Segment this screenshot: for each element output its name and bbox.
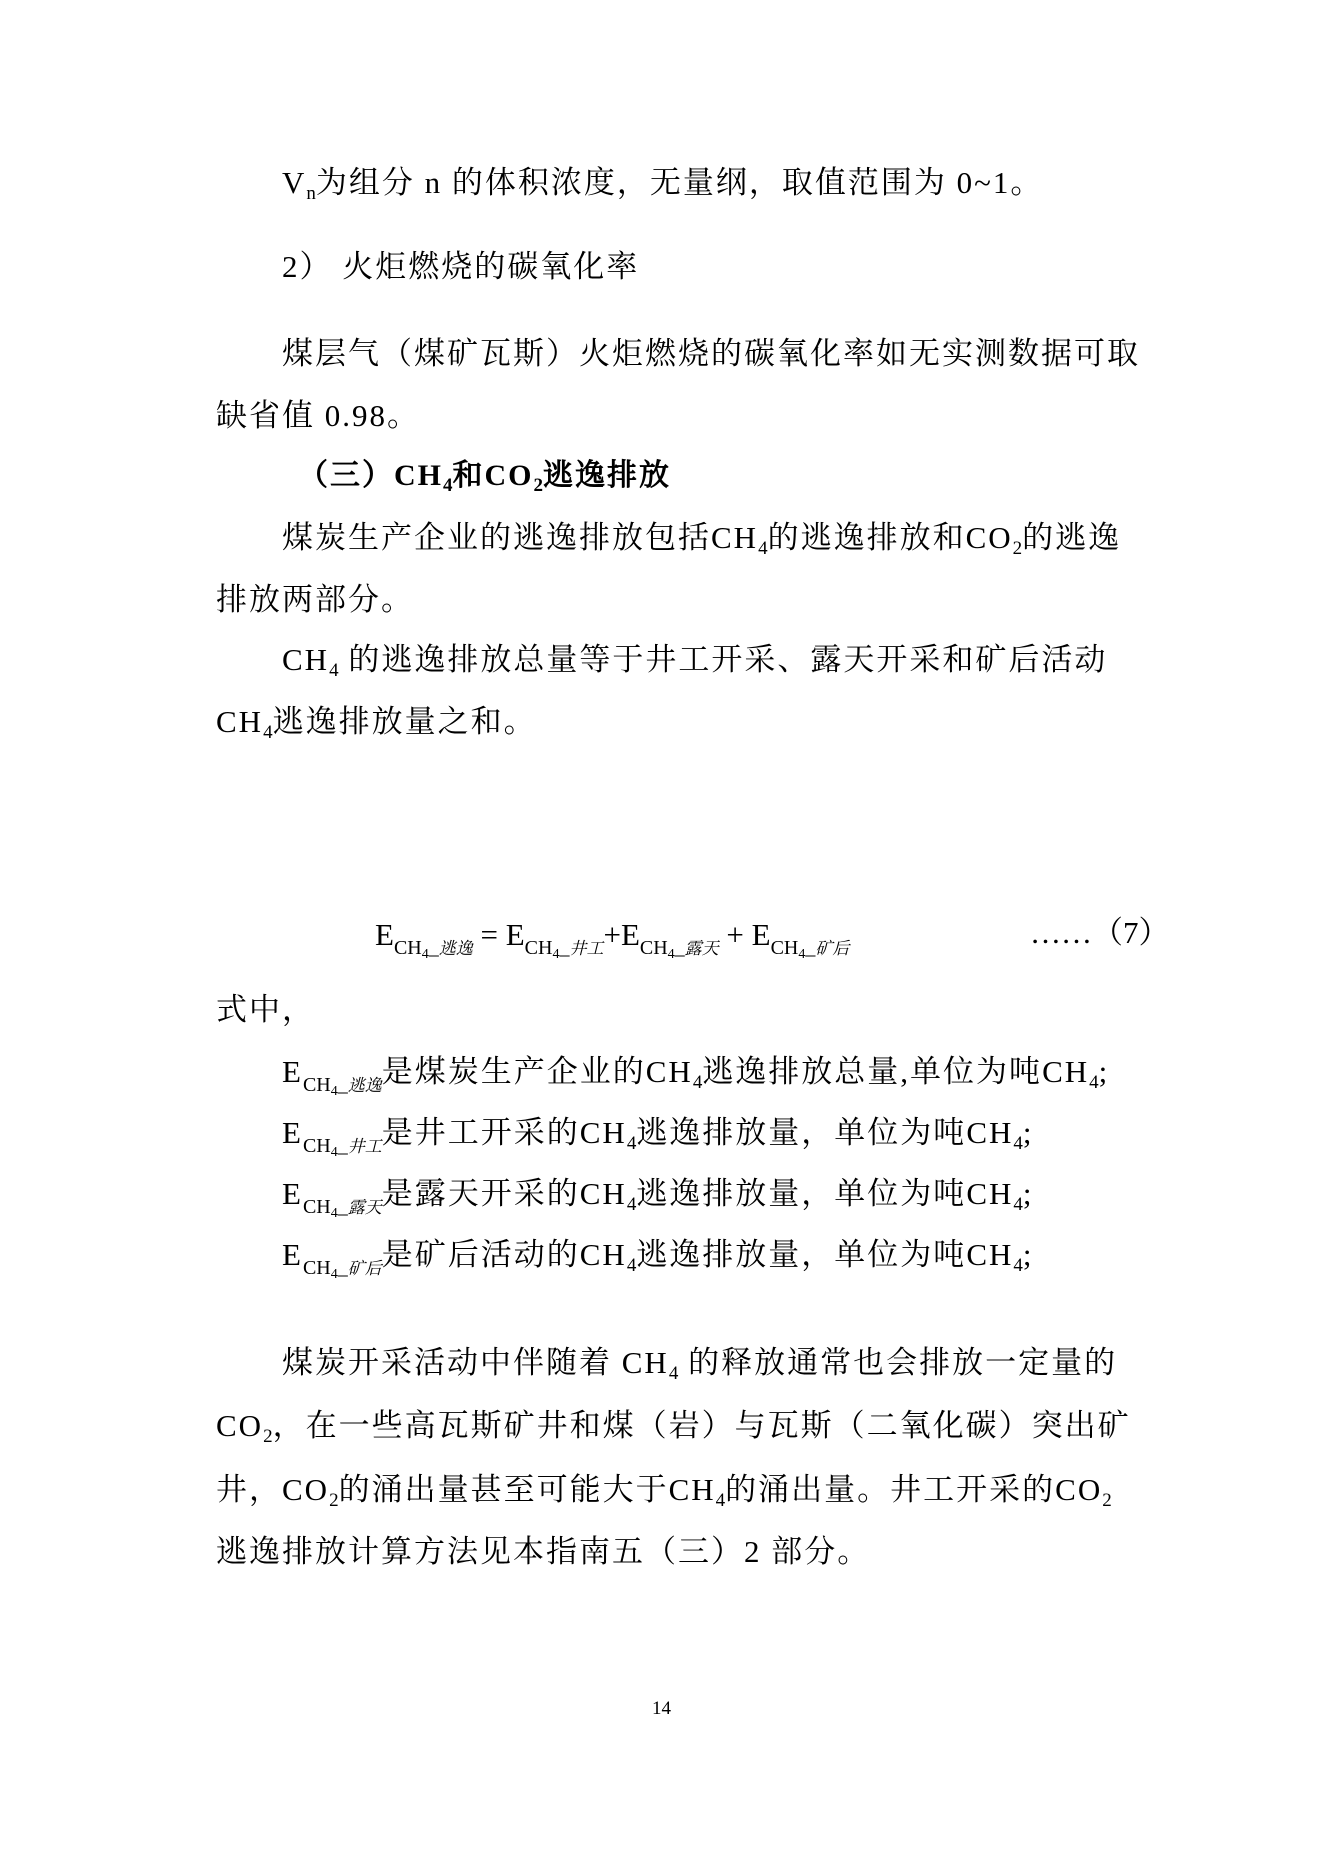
def-symbol-e: E	[282, 1176, 303, 1211]
chem-ch-sub: 4	[329, 660, 339, 681]
def-symbol-e: E	[282, 1237, 303, 1272]
chem-ch: CH	[669, 1472, 716, 1507]
chem-ch-sub: 4	[627, 1194, 637, 1215]
def-text: 逃逸排放总量,单位为吨	[702, 1054, 1042, 1089]
chem-ch-sub: 4	[716, 1490, 726, 1511]
def-text: 是矿后活动的	[382, 1237, 580, 1272]
def-symbol-e: E	[282, 1115, 303, 1150]
equation-7: ECH4_逃逸 = ECH4_井工+ECH4_露天 + ECH4_矿后	[375, 915, 849, 975]
paragraph-ch4-total-line2: CH4逃逸排放量之和。	[216, 702, 537, 753]
def-end: ;	[1023, 1176, 1034, 1211]
document-page: Vn为组分 n 的体积浓度，无量纲，取值范围为 0~1。 2） 火炬燃烧的碳氧化…	[0, 0, 1323, 1871]
text: 的逃逸排放和	[768, 520, 966, 555]
definition-open-pit: ECH4_露天是露天开采的CH4逃逸排放量，单位为吨CH4;	[282, 1174, 1034, 1234]
eq-symbol-e: E	[752, 917, 771, 952]
heading-co: CO	[485, 459, 534, 492]
text: 的涌出量甚至可能大于	[339, 1472, 669, 1507]
chem-ch-sub: 4	[693, 1072, 703, 1093]
eq-lhs-subscript: CH4_逃逸	[394, 937, 473, 959]
chem-ch: CH	[966, 1115, 1013, 1150]
definition-underground: ECH4_井工是井工开采的CH4逃逸排放量，单位为吨CH4;	[282, 1113, 1034, 1173]
heading-co-sub: 2	[534, 475, 544, 496]
heading-suffix: 逃逸排放	[543, 459, 671, 492]
paragraph-oxidation-line1: 煤层气（煤矿瓦斯）火炬燃烧的碳氧化率如无实测数据可取	[282, 334, 1140, 374]
chem-ch: CH	[711, 520, 758, 555]
chem-co-sub: 2	[329, 1490, 339, 1511]
chem-ch: CH	[580, 1237, 627, 1272]
chem-ch: CH	[580, 1115, 627, 1150]
symbol-v-subscript: n	[306, 183, 316, 204]
chem-ch-sub: 4	[627, 1133, 637, 1154]
def-text: 逃逸排放量，单位为吨	[636, 1115, 966, 1150]
chem-ch: CH	[282, 642, 329, 677]
def-text: 是露天开采的	[382, 1176, 580, 1211]
chem-ch: CH	[966, 1237, 1013, 1272]
text: 逃逸排放量之和。	[273, 704, 537, 739]
eq-term1-subscript: CH4_井工	[525, 937, 604, 959]
definition-post-mining: ECH4_矿后是矿后活动的CH4逃逸排放量，单位为吨CH4;	[282, 1235, 1034, 1295]
chem-ch: CH	[646, 1054, 693, 1089]
def-subscript: CH4_逃逸	[303, 1074, 382, 1096]
equation-number: ……（7）	[1030, 913, 1170, 953]
paragraph-emissions-line2: 排放两部分。	[216, 580, 414, 620]
heading-ch-sub: 4	[443, 475, 453, 496]
chem-ch-sub: 4	[1013, 1133, 1023, 1154]
chem-co: CO	[216, 1408, 263, 1443]
def-subscript: CH4_矿后	[303, 1257, 382, 1279]
def-end: ;	[1023, 1115, 1034, 1150]
eq-term3-subscript: CH4_矿后	[771, 937, 850, 959]
chem-co: CO	[1055, 1472, 1102, 1507]
def-text: 逃逸排放量，单位为吨	[636, 1237, 966, 1272]
chem-ch-sub: 4	[1013, 1255, 1023, 1276]
paragraph-co2-line4: 逃逸排放计算方法见本指南五（三）2 部分。	[216, 1532, 870, 1572]
eq-term2-subscript: CH4_露天	[640, 937, 719, 959]
eq-equals: =	[473, 917, 506, 952]
text: 井，	[216, 1472, 282, 1507]
chem-co: CO	[966, 520, 1013, 555]
text: 煤炭生产企业的逃逸排放包括	[282, 520, 711, 555]
def-end: ;	[1023, 1237, 1034, 1272]
paragraph-ch4-total-line1: CH4 的逃逸排放总量等于井工开采、露天开采和矿后活动	[282, 640, 1107, 691]
def-symbol-e: E	[282, 1054, 303, 1089]
paragraph-co2-line3: 井，CO2的涌出量甚至可能大于CH4的涌出量。井工开采的CO2	[216, 1470, 1112, 1521]
chem-co-sub: 2	[263, 1426, 273, 1447]
def-text: 逃逸排放量，单位为吨	[636, 1176, 966, 1211]
chem-ch-sub: 4	[627, 1255, 637, 1276]
symbol-v: V	[282, 165, 306, 200]
eq-plus: +	[603, 917, 620, 952]
page-number: 14	[0, 1698, 1323, 1720]
heading-ch: CH	[394, 459, 443, 492]
eq-symbol-e: E	[506, 917, 525, 952]
chem-ch: CH	[966, 1176, 1013, 1211]
chem-ch-sub: 4	[1013, 1194, 1023, 1215]
subheading-flare-oxidation: 2） 火炬燃烧的碳氧化率	[282, 247, 639, 287]
chem-ch-sub: 4	[263, 722, 273, 743]
paragraph-vn-definition: Vn为组分 n 的体积浓度，无量纲，取值范围为 0~1。	[282, 163, 1043, 214]
def-subscript: CH4_井工	[303, 1135, 382, 1157]
chem-ch-sub: 4	[1089, 1072, 1099, 1093]
def-text: 是煤炭生产企业的	[382, 1054, 646, 1089]
text: 的逃逸排放总量等于井工开采、露天开采和矿后活动	[339, 642, 1108, 677]
section-heading: （三）CH4和CO2逃逸排放	[298, 456, 671, 506]
chem-co-sub: 2	[1102, 1490, 1112, 1511]
text: 的释放通常也会排放一定量的	[678, 1345, 1117, 1380]
chem-ch: CH	[622, 1345, 669, 1380]
eq-plus: +	[719, 917, 752, 952]
def-end: ;	[1099, 1054, 1110, 1089]
heading-prefix: （三）	[298, 459, 394, 492]
chem-ch-sub: 4	[669, 1363, 679, 1384]
paragraph-oxidation-line2: 缺省值 0.98。	[216, 396, 420, 436]
paragraph-co2-line1: 煤炭开采活动中伴随着 CH4 的释放通常也会排放一定量的	[282, 1343, 1117, 1394]
vn-definition-text: 为组分 n 的体积浓度，无量纲，取值范围为 0~1。	[316, 165, 1044, 200]
where-label: 式中，	[216, 990, 315, 1030]
eq-symbol-e: E	[375, 917, 394, 952]
def-text: 是井工开采的	[382, 1115, 580, 1150]
definition-total: ECH4_逃逸是煤炭生产企业的CH4逃逸排放总量,单位为吨CH4;	[282, 1052, 1109, 1112]
chem-co: CO	[282, 1472, 329, 1507]
chem-ch: CH	[580, 1176, 627, 1211]
chem-co-sub: 2	[1013, 538, 1023, 559]
heading-and: 和	[453, 459, 485, 492]
text: 煤炭开采活动中伴随着	[282, 1345, 622, 1380]
chem-ch-sub: 4	[758, 538, 768, 559]
text: ，在一些高瓦斯矿井和煤（岩）与瓦斯（二氧化碳）突出矿	[273, 1408, 1131, 1443]
chem-ch: CH	[1042, 1054, 1089, 1089]
text: 的逃逸	[1022, 520, 1121, 555]
paragraph-emissions-line1: 煤炭生产企业的逃逸排放包括CH4的逃逸排放和CO2的逃逸	[282, 518, 1121, 569]
def-subscript: CH4_露天	[303, 1196, 382, 1218]
text: 的涌出量。井工开采的	[725, 1472, 1055, 1507]
paragraph-co2-line2: CO2，在一些高瓦斯矿井和煤（岩）与瓦斯（二氧化碳）突出矿	[216, 1406, 1131, 1457]
chem-ch: CH	[216, 704, 263, 739]
eq-symbol-e: E	[621, 917, 640, 952]
